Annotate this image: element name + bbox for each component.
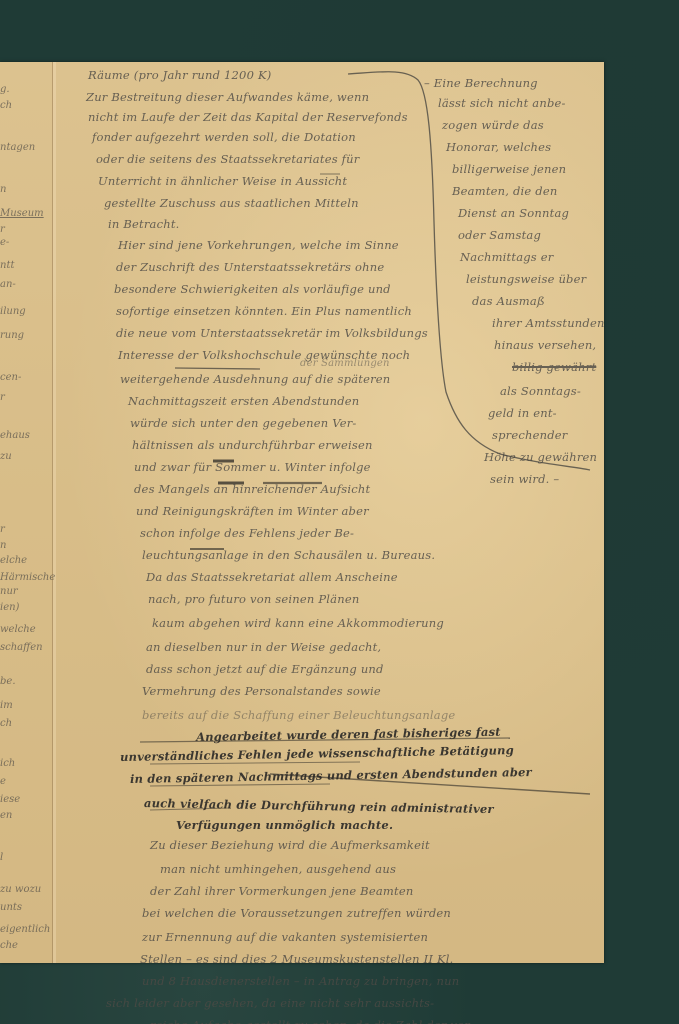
text-line-revision: Angearbeitet wurde deren fast bisheriges… (196, 725, 501, 744)
text-line: leuchtungsanlage in den Schausälen u. Bu… (142, 548, 435, 562)
text-line: hältnissen als undurchführbar erweisen (132, 438, 373, 452)
text-line: nach, pro futuro von seinen Plänen (148, 592, 359, 606)
text-line: nicht im Laufe der Zeit das Kapital der … (88, 110, 408, 124)
left-fragment: en (0, 810, 12, 821)
text-line: sofortige einsetzen könnten. Ein Plus na… (116, 304, 412, 318)
text-line: bereits auf die Schaffung einer Beleucht… (142, 708, 455, 722)
left-fragment: e (0, 776, 6, 787)
text-line: Hier sind jene Vorkehrungen, welche im S… (118, 238, 399, 252)
left-fragment: r (0, 224, 5, 235)
left-fragment: Museum (0, 208, 44, 219)
margin-note-line-struck: billig gewährt (512, 360, 596, 374)
text-line: Nachmittagszeit ersten Abendstunden (128, 394, 359, 408)
left-fragment: Härmische (0, 572, 55, 583)
text-line: Zu dieser Beziehung wird die Aufmerksamk… (150, 838, 430, 852)
left-fragment: n (0, 540, 6, 551)
text-line: und zwar für Sommer u. Winter infolge (134, 460, 371, 474)
manuscript-page: g. ch ntagen n Museum r e- ntt an- ilung… (0, 62, 604, 963)
left-fragment: rung (0, 330, 24, 341)
margin-note-line: hinaus versehen, (494, 338, 596, 352)
page-fold-highlight (53, 62, 56, 963)
left-fragment: e- (0, 237, 9, 248)
left-fragment: unts (0, 902, 22, 913)
margin-note-line: als Sonntags- (500, 384, 581, 398)
left-fragment: cen- (0, 372, 21, 383)
margin-note-line: lässt sich nicht anbe- (438, 96, 566, 110)
left-fragment: be. (0, 676, 16, 687)
text-line: der Zahl ihrer Vormerkungen jene Beamten (150, 884, 413, 898)
interlinear-insertion: der Sammlungen (300, 358, 390, 369)
margin-note-line: geld in ent- (488, 406, 557, 420)
left-fragment: zu wozu (0, 884, 41, 895)
margin-note-line: billigerweise jenen (452, 162, 566, 176)
margin-note-line: leistungsweise über (466, 272, 586, 286)
text-line: Vermehrung des Personalstandes sowie (142, 684, 381, 698)
left-fragment: che (0, 940, 18, 951)
left-fragment: ntt (0, 260, 14, 271)
text-line: fonder aufgezehrt werden soll, die Dotat… (92, 130, 356, 144)
margin-note-line: – Eine Berechnung (424, 76, 538, 90)
text-line: oder die seitens des Staatssekretariates… (96, 152, 359, 166)
margin-note-line: Nachmittags er (460, 250, 553, 264)
left-fragment: welche (0, 624, 36, 635)
text-line-revision: in den späteren Nachmittags und ersten A… (130, 765, 532, 786)
margin-note-line: Beamten, die den (452, 184, 557, 198)
left-fragment: ntagen (0, 142, 35, 153)
margin-note-line: das Ausmaß (472, 294, 545, 308)
text-line: dass schon jetzt auf die Ergänzung und (146, 662, 384, 676)
text-line: kaum abgehen wird kann eine Akkommodieru… (152, 616, 444, 630)
text-line: und 8 Hausdienerstellen – in Antrag zu b… (142, 974, 459, 988)
margin-note-line: Honorar, welches (446, 140, 551, 154)
text-line: gestellte Zuschuss aus staatlichen Mitte… (104, 196, 359, 210)
text-line: Zur Bestreitung dieser Aufwandes käme, w… (86, 90, 369, 104)
left-fragment: schaffen (0, 642, 43, 653)
text-line: man nicht umhingehen, ausgehend aus (160, 862, 396, 876)
text-line: würde sich unter den gegebenen Ver- (130, 416, 357, 430)
left-fragment: an- (0, 279, 16, 290)
left-fragment: ilung (0, 306, 26, 317)
left-fragment: elche (0, 555, 27, 566)
left-fragment: g. (0, 84, 10, 95)
margin-note-line: zogen würde das (442, 118, 544, 132)
text-line: des Mangels an hinreichender Aufsicht (134, 482, 370, 496)
margin-note-line: oder Samstag (458, 228, 541, 242)
text-line: zur Ernennung auf die vakanten systemisi… (142, 930, 428, 944)
text-line-revision: auch vielfach die Durchführung rein admi… (144, 796, 494, 816)
text-line: an dieselben nur in der Weise gedacht, (146, 640, 381, 654)
text-line: weitergehende Ausdehnung auf die spätere… (120, 372, 390, 386)
left-fragment: iese (0, 794, 20, 805)
text-line: schon infolge des Fehlens jeder Be- (140, 526, 354, 540)
left-fragment: zu (0, 451, 12, 462)
margin-note-line: sprechender (492, 428, 568, 442)
left-fragment: nur (0, 586, 18, 597)
text-line: die neue vom Unterstaatssekretär im Volk… (116, 326, 428, 340)
text-line: besondere Schwierigkeiten als vorläufige… (114, 282, 391, 296)
text-line: bei welchen die Voraussetzungen zutreffe… (142, 906, 451, 920)
margin-note-line: Dienst an Sonntag (458, 206, 569, 220)
left-fragment: ch (0, 100, 12, 111)
margin-note-line: sein wird. – (490, 472, 559, 486)
text-line-revision: Verfügungen unmöglich machte. (176, 818, 393, 832)
left-fragment: n (0, 184, 6, 195)
margin-note-line: ihrer Amtsstunden (492, 316, 605, 330)
text-line: der Zuschrift des Unterstaatssekretärs o… (116, 260, 384, 274)
left-fragment: ehaus (0, 430, 30, 441)
left-fragment: ch (0, 718, 12, 729)
left-fragment: im (0, 700, 13, 711)
text-line: Räume (pro Jahr rund 1200 K) (88, 68, 271, 82)
left-fragment: ien) (0, 602, 19, 613)
text-line: in Betracht. (108, 217, 180, 231)
text-line: Stellen – es sind dies 2 Museumskustenst… (140, 952, 454, 966)
left-fragment: r (0, 392, 5, 403)
margin-note-line: Höhe zu gewähren (484, 450, 597, 464)
text-line-revision: unverständliches Fehlen jede wissenschaf… (120, 743, 514, 764)
text-line: Unterricht in ähnlicher Weise in Aussich… (98, 174, 347, 188)
left-fragment: eigentlich (0, 924, 50, 935)
text-line: reiche Aufgabe gestellt zu sehen, da die… (150, 1018, 470, 1024)
left-fragment: ich (0, 758, 15, 769)
left-fragment: r (0, 524, 5, 535)
text-line: und Reinigungskräften im Winter aber (136, 504, 369, 518)
left-fragment: l (0, 852, 3, 863)
text-line: sich leider aber gesehen, da eine nicht … (106, 996, 434, 1010)
text-line: Da das Staatssekretariat allem Anscheine (146, 570, 398, 584)
